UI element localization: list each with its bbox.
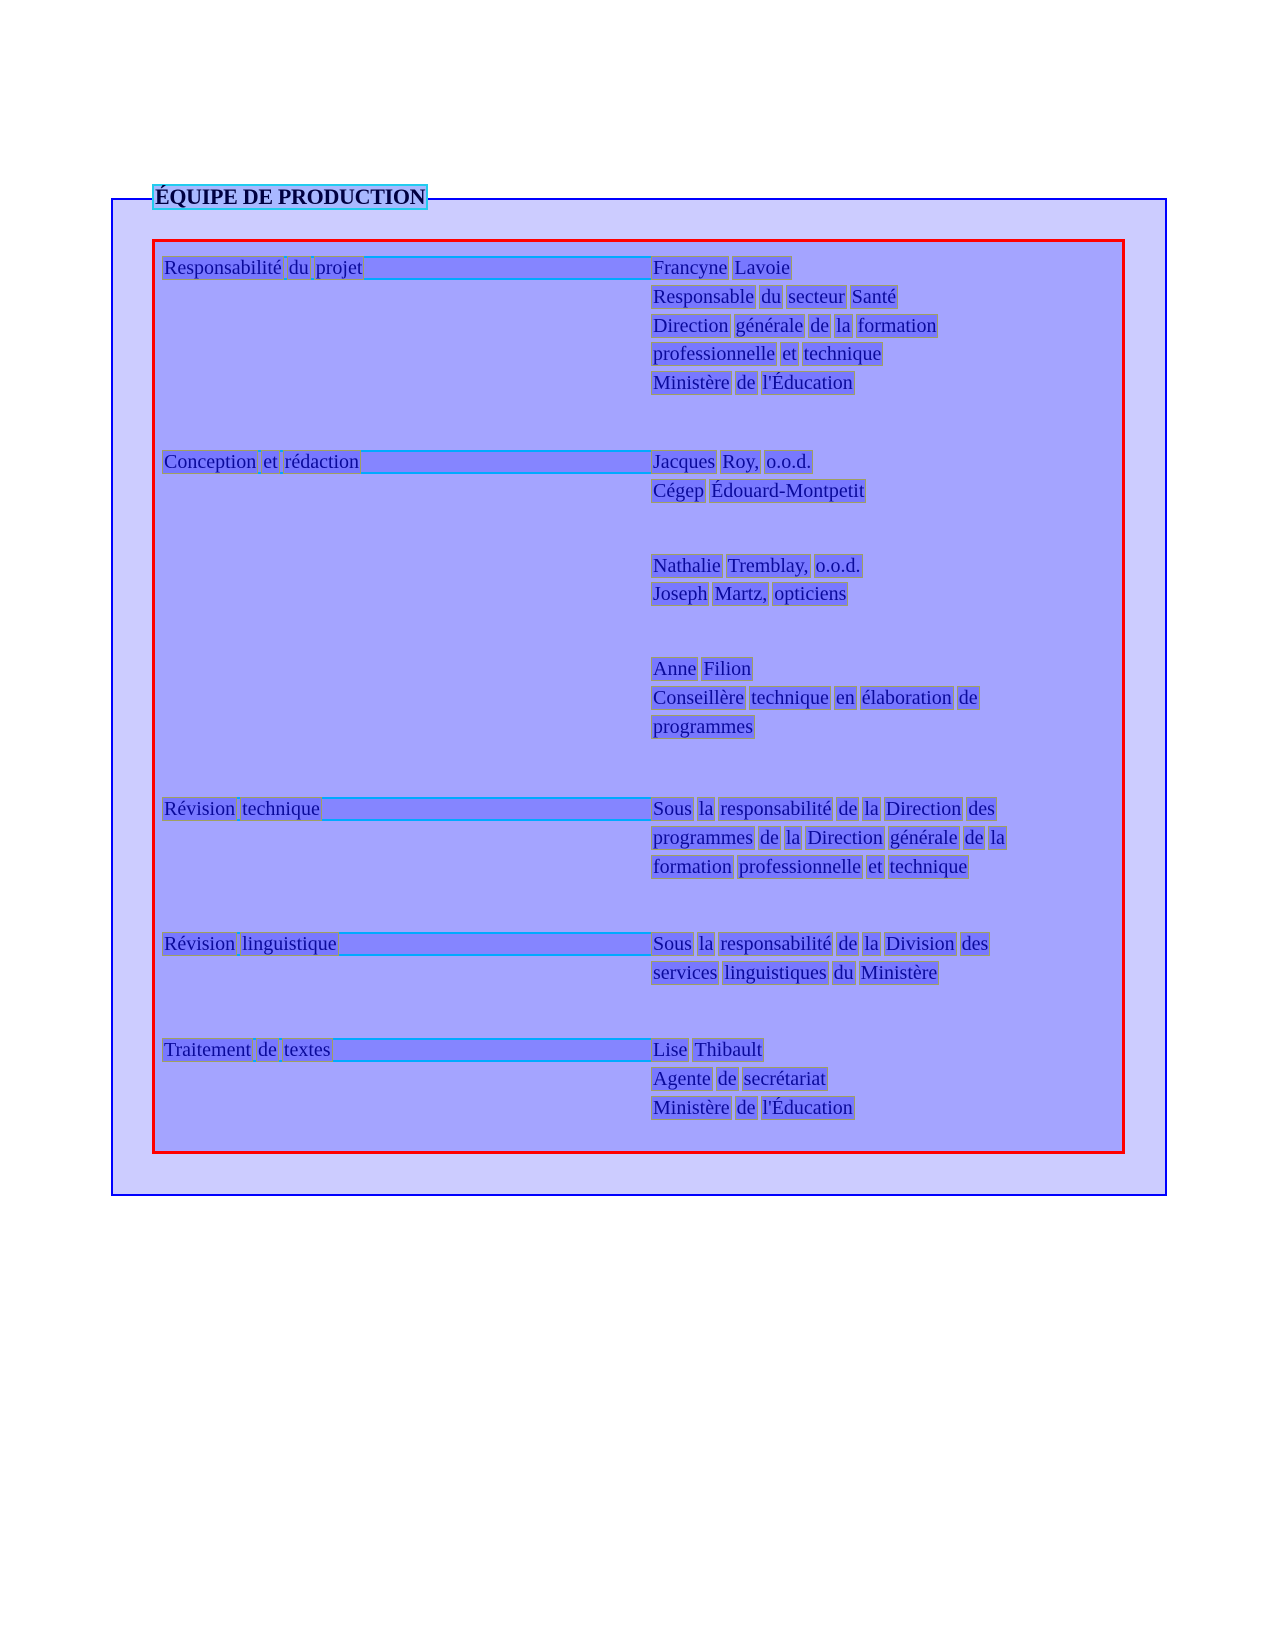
word: Direction — [885, 798, 963, 820]
word: Filion — [702, 658, 752, 680]
role-label: Révisionlinguistique — [163, 933, 343, 955]
word: du — [288, 257, 310, 279]
word: de — [736, 1097, 757, 1119]
word: rédaction — [284, 451, 360, 473]
word: de — [717, 1068, 738, 1090]
word: Révision — [163, 798, 236, 820]
word: Direction — [806, 827, 884, 849]
word: de — [736, 372, 757, 394]
word: la — [785, 827, 801, 849]
word: l'Éducation — [762, 372, 854, 394]
word: de — [837, 933, 858, 955]
credit-line: programmes — [652, 716, 759, 738]
word: Martz, — [713, 583, 768, 605]
word: la — [863, 798, 879, 820]
word: de — [809, 315, 830, 337]
word: services — [652, 962, 718, 984]
word: responsabilité — [719, 798, 832, 820]
word: o.o.d. — [765, 451, 812, 473]
word: la — [835, 315, 851, 337]
word: formation — [857, 315, 938, 337]
word: linguistique — [241, 933, 337, 955]
credit-line: Directiongénéraledelaformation — [652, 315, 942, 337]
word: Joseph — [652, 583, 708, 605]
word: Traitement — [163, 1039, 252, 1061]
word: Ministère — [860, 962, 939, 984]
word: Conception — [163, 451, 257, 473]
word: o.o.d. — [815, 555, 862, 577]
word: Lise — [652, 1039, 688, 1061]
word: Responsable — [652, 286, 755, 308]
word: de — [958, 687, 979, 709]
word: de — [837, 798, 858, 820]
word: Tremblay, — [727, 555, 810, 577]
word: technique — [241, 798, 321, 820]
credit-line: Conseillèretechniqueenélaborationde — [652, 687, 984, 709]
word: opticiens — [773, 583, 847, 605]
credit-line: Agentedesecrétariat — [652, 1068, 832, 1090]
word: élaboration — [861, 687, 953, 709]
word: la — [989, 827, 1005, 849]
word: générale — [889, 827, 959, 849]
word: la — [698, 933, 714, 955]
word: Roy, — [721, 451, 760, 473]
word: linguistiques — [723, 962, 827, 984]
word: technique — [750, 687, 830, 709]
word: Révision — [163, 933, 236, 955]
word: Thibault — [693, 1039, 763, 1061]
word: Santé — [851, 286, 897, 308]
credit-line: professionnelleettechnique — [652, 343, 887, 365]
word: des — [967, 798, 996, 820]
word: projet — [315, 257, 364, 279]
word: Division — [885, 933, 956, 955]
credit-line: formationprofessionnelleettechnique — [652, 856, 973, 878]
word: Cégep — [652, 480, 705, 502]
word: des — [961, 933, 990, 955]
credit-line: serviceslinguistiquesduMinistère — [652, 962, 943, 984]
word: secteur — [787, 286, 846, 308]
word: Agente — [652, 1068, 712, 1090]
word: Direction — [652, 315, 730, 337]
word: du — [833, 962, 855, 984]
word: en — [835, 687, 856, 709]
word: et — [867, 856, 883, 878]
credit-line: SouslaresponsabilitédelaDirectiondes — [652, 798, 1001, 820]
credit-line: Ministèredel'Éducation — [652, 1097, 859, 1119]
word: de — [759, 827, 780, 849]
role-label: Responsabilitéduprojet — [163, 257, 368, 279]
word: de — [964, 827, 985, 849]
word: textes — [283, 1039, 332, 1061]
word: formation — [652, 856, 733, 878]
word: et — [781, 343, 797, 365]
credit-line: JosephMartz,opticiens — [652, 583, 852, 605]
credit-line: JacquesRoy,o.o.d. — [652, 451, 817, 473]
word: Nathalie — [652, 555, 722, 577]
credit-line: FrancyneLavoie — [652, 257, 796, 279]
word: technique — [803, 343, 883, 365]
word: Jacques — [652, 451, 716, 473]
role-label: Traitementdetextes — [163, 1039, 337, 1061]
credit-line: LiseThibault — [652, 1039, 768, 1061]
word: Lavoie — [733, 257, 791, 279]
word: programmes — [652, 827, 754, 849]
word: de — [257, 1039, 278, 1061]
word: Ministère — [652, 372, 731, 394]
credit-line: SouslaresponsabilitédelaDivisiondes — [652, 933, 994, 955]
word: Responsabilité — [163, 257, 283, 279]
word: l'Éducation — [762, 1097, 854, 1119]
word: la — [698, 798, 714, 820]
word: Conseillère — [652, 687, 745, 709]
word: Sous — [652, 933, 693, 955]
word: responsabilité — [719, 933, 832, 955]
word: Anne — [652, 658, 697, 680]
credit-line: CégepÉdouard-Montpetit — [652, 480, 870, 502]
word: Francyne — [652, 257, 728, 279]
page-title: ÉQUIPE DE PRODUCTION — [152, 184, 428, 210]
word: secrétariat — [743, 1068, 827, 1090]
credit-line: ResponsabledusecteurSanté — [652, 286, 902, 308]
credit-line: Ministèredel'Éducation — [652, 372, 859, 394]
word: générale — [735, 315, 805, 337]
credit-line: NathalieTremblay,o.o.d. — [652, 555, 867, 577]
word: Édouard-Montpetit — [710, 480, 865, 502]
word: et — [262, 451, 278, 473]
word: programmes — [652, 716, 754, 738]
credit-line: AnneFilion — [652, 658, 757, 680]
credit-line: programmesdelaDirectiongénéraledela — [652, 827, 1011, 849]
word: professionnelle — [738, 856, 862, 878]
word: du — [760, 286, 782, 308]
role-label: Révisiontechnique — [163, 798, 326, 820]
word: professionnelle — [652, 343, 776, 365]
word: Ministère — [652, 1097, 731, 1119]
role-label: Conceptionetrédaction — [163, 451, 365, 473]
word: la — [863, 933, 879, 955]
word: technique — [889, 856, 969, 878]
word: Sous — [652, 798, 693, 820]
